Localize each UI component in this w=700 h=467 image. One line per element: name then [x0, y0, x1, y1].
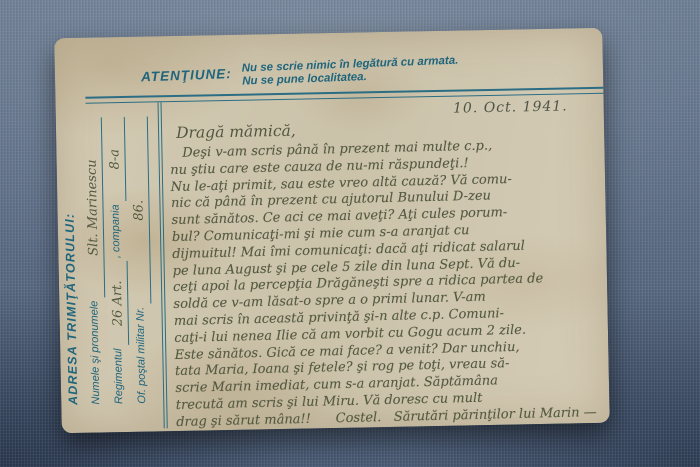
notice-text: Nu se scrie nimic în legătură cu armata.…	[241, 55, 458, 89]
sender-company-blank: 8-a	[102, 117, 127, 202]
sender-name-value: Slt. Marinescu	[85, 159, 102, 256]
sender-title: ADRESA TRIMIŢĂTORULUI:	[61, 115, 81, 405]
photo-of-postcard: { "colors":{ "fabric_background":"#5b6c8…	[0, 0, 700, 467]
notice-label: ATENŢIUNE:	[141, 60, 232, 84]
message-body: Deşi v-am scris până în prezent mai mult…	[170, 136, 605, 432]
sender-name-label: Numele şi pronumele	[83, 300, 107, 404]
sender-company-label: , compania	[104, 204, 127, 258]
sender-address-block: ADRESA TRIMIŢĂTORULUI: Numele şi pronume…	[61, 113, 159, 405]
card-content: ADRESA TRIMIŢĂTORULUI: Numele şi pronume…	[56, 94, 610, 437]
sender-name-blank: Slt. Marinescu	[79, 117, 105, 297]
sender-post-value: 86.	[131, 200, 146, 221]
sender-post-blank: 86.	[125, 117, 152, 305]
sender-address-column: ADRESA TRIMIŢĂTORULUI: Numele şi pronume…	[56, 102, 164, 437]
attention-notice: ATENŢIUNE: Nu se scrie nimic în legătură…	[141, 54, 603, 91]
sender-company-value: 8-a	[107, 149, 122, 170]
sender-regiment-value: 26 Art.	[110, 280, 126, 326]
postcard: ATENŢIUNE: Nu se scrie nimic în legătură…	[54, 28, 609, 433]
sender-post-label: Of. poştal militar Nr.	[129, 307, 153, 404]
sender-regiment-blank: 26 Art.	[105, 261, 130, 346]
message-area: 10. Oct. 1941. Dragă mămică, Deşi v-am s…	[162, 94, 610, 435]
sender-regiment-label: Regimentul	[107, 348, 130, 404]
